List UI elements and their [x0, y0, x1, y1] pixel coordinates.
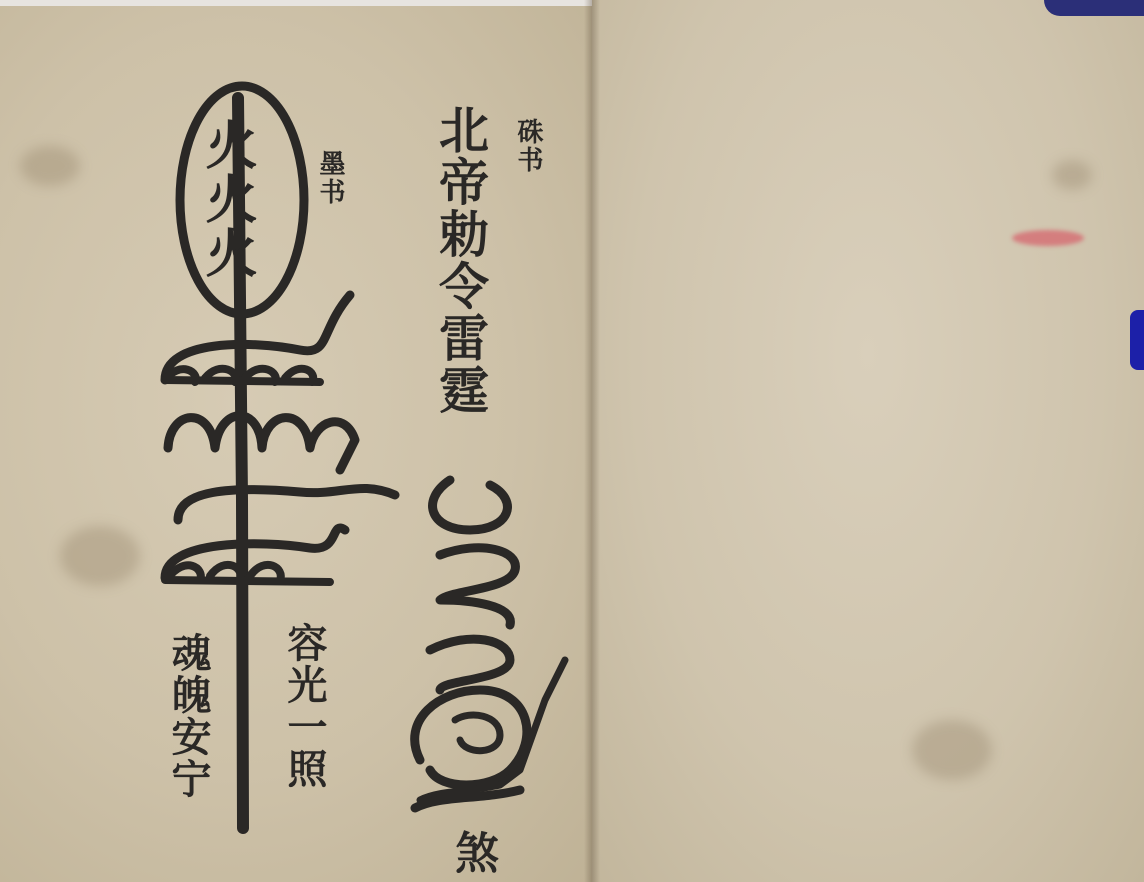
vermilion-note: 硃书	[510, 118, 547, 174]
glyph-fire: 火	[196, 172, 257, 226]
ink-note: 墨书	[312, 150, 349, 206]
glyph-fire: 火	[196, 226, 257, 280]
bottom-glyph: 煞	[440, 830, 504, 876]
title-column: 北帝勅令雷霆	[432, 104, 488, 416]
left-inscription: 魂魄安宁	[166, 632, 210, 800]
glyph-fire: 火	[196, 118, 257, 172]
manuscript-spread: 火火火 墨书 硃书 北帝勅令雷霆 魂魄安宁 容光一照 煞	[0, 0, 1144, 882]
right-inscription: 容光一照	[282, 622, 326, 790]
fire-glyphs: 火火火	[200, 118, 252, 280]
